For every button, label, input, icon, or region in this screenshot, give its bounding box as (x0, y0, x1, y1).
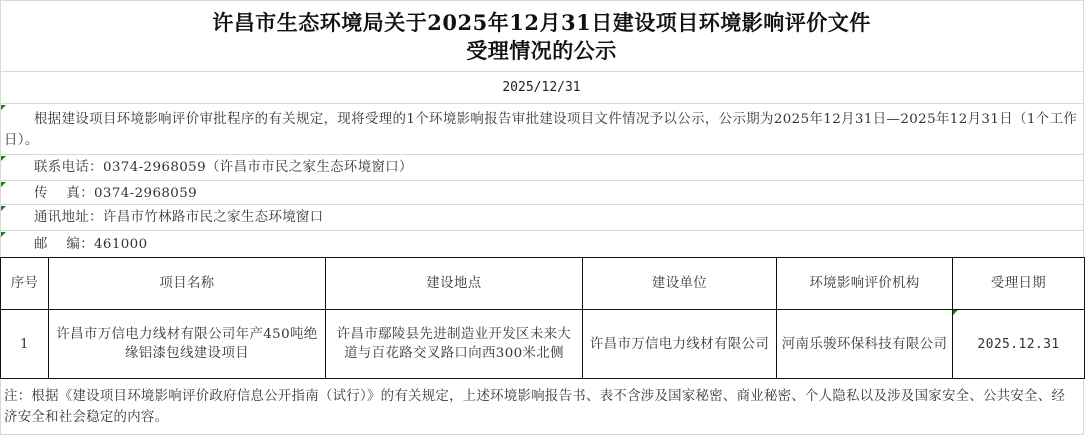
header-index[interactable]: 序号 (1, 258, 49, 310)
address-cell[interactable]: 通讯地址：许昌市竹林路市民之家生态环境窗口 (0, 205, 1084, 231)
table-row: 1 许昌市万信电力线材有限公司年产450吨绝缘铝漆包线建设项目 许昌市鄢陵县先进… (1, 310, 1085, 379)
header-eia-agency[interactable]: 环境影响评价机构 (777, 258, 953, 310)
comment-marker-icon (1, 232, 6, 237)
comment-marker-icon (953, 310, 958, 315)
intro-paragraph: 根据建设项目环境影响评价审批程序的有关规定，现将受理的1个环境影响报告审批建设项… (4, 109, 1079, 151)
zip-cell[interactable]: 邮 编：461000 (0, 231, 1084, 258)
header-location[interactable]: 建设地点 (326, 258, 583, 310)
cell-index[interactable]: 1 (1, 310, 49, 379)
comment-marker-icon (1, 156, 6, 161)
title-cell[interactable]: 许昌市生态环境局关于2025年12月31日建设项目环境影响评价文件 受理情况的公… (0, 0, 1084, 72)
contact-zip: 邮 编：461000 (34, 236, 148, 254)
project-table: 序号 项目名称 建设地点 建设单位 环境影响评价机构 受理日期 1 许昌市万信电… (0, 257, 1085, 379)
publish-date: 2025/12/31 (0, 80, 1083, 95)
contact-phone: 联系电话：0374-2968059（许昌市市民之家生态环境窗口） (34, 159, 413, 177)
contact-address: 通讯地址：许昌市竹林路市民之家生态环境窗口 (34, 209, 324, 227)
phone-cell[interactable]: 联系电话：0374-2968059（许昌市市民之家生态环境窗口） (0, 155, 1084, 181)
title-line-1: 许昌市生态环境局关于2025年12月31日建设项目环境影响评价文件 (0, 9, 1083, 37)
comment-marker-icon (1, 206, 6, 211)
cell-project-name[interactable]: 许昌市万信电力线材有限公司年产450吨绝缘铝漆包线建设项目 (49, 310, 326, 379)
title-line-2: 受理情况的公示 (0, 37, 1083, 65)
footnote: 注：根据《建设项目环境影响评价政府信息公开指南（试行）》的有关规定，上述环境影响… (4, 386, 1077, 428)
cell-eia-agency[interactable]: 河南乐骏环保科技有限公司 (777, 310, 953, 379)
contact-fax: 传 真：0374-2968059 (34, 185, 197, 203)
cell-location[interactable]: 许昌市鄢陵县先进制造业开发区未来大道与百花路交叉路口向西300米北侧 (326, 310, 583, 379)
page-title: 许昌市生态环境局关于2025年12月31日建设项目环境影响评价文件 受理情况的公… (0, 9, 1083, 65)
header-builder[interactable]: 建设单位 (583, 258, 777, 310)
note-cell[interactable]: 注：根据《建设项目环境影响评价政府信息公开指南（试行）》的有关规定，上述环境影响… (0, 380, 1084, 435)
cell-builder[interactable]: 许昌市万信电力线材有限公司 (583, 310, 777, 379)
header-project-name[interactable]: 项目名称 (49, 258, 326, 310)
comment-marker-icon (1, 182, 6, 187)
cell-accept-date[interactable]: 2025.12.31 (953, 310, 1085, 379)
date-cell[interactable]: 2025/12/31 (0, 72, 1084, 104)
intro-cell[interactable]: 根据建设项目环境影响评价审批程序的有关规定，现将受理的1个环境影响报告审批建设项… (0, 104, 1084, 155)
header-accept-date[interactable]: 受理日期 (953, 258, 1085, 310)
accept-date-value: 2025.12.31 (977, 337, 1059, 352)
spreadsheet-document: 许昌市生态环境局关于2025年12月31日建设项目环境影响评价文件 受理情况的公… (0, 0, 1085, 435)
fax-cell[interactable]: 传 真：0374-2968059 (0, 181, 1084, 205)
table-header-row: 序号 项目名称 建设地点 建设单位 环境影响评价机构 受理日期 (1, 258, 1085, 310)
